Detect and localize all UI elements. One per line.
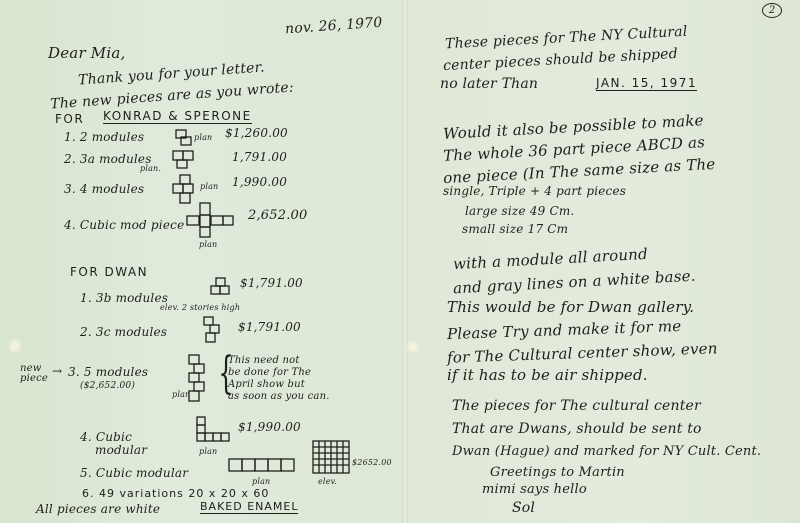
list-item: 4. Cubic mod piece xyxy=(64,218,184,232)
price: 2,652.00 xyxy=(248,208,308,223)
price: $1,791.00 xyxy=(238,320,301,334)
section-heading-dwan: FOR DWAN xyxy=(70,265,148,279)
final-line: The pieces for The cultural center xyxy=(452,398,701,414)
list-item: modular xyxy=(95,443,147,457)
price: 1,791.00 xyxy=(232,150,287,164)
page-fold xyxy=(402,0,408,523)
list-item: 6. 49 variations 20 x 20 x 60 xyxy=(82,487,269,500)
final-line: That are Dwans, should be sent to xyxy=(452,421,702,437)
size-line: large size 49 Cm. xyxy=(465,204,574,218)
sketch-note: plan xyxy=(199,447,217,456)
final-line: Dwan (Hague) and marked for NY Cult. Cen… xyxy=(452,444,761,459)
sketch-3-modules xyxy=(172,150,196,170)
size-line: small size 17 Cm xyxy=(462,222,568,236)
sketch-cubic-modular-l xyxy=(196,416,232,446)
greeting-line: mimi says hello xyxy=(482,482,587,497)
comment-line: This need not xyxy=(228,355,300,366)
list-item: 1. 2 modules xyxy=(64,130,144,144)
section-heading-for: FOR xyxy=(55,112,84,126)
comment-line: as soon as you can. xyxy=(228,391,330,402)
salutation: Dear Mia, xyxy=(48,44,125,62)
price: $1,260.00 xyxy=(225,126,288,140)
list-item: 2. 3a modules xyxy=(64,152,152,166)
price: $1,990.00 xyxy=(238,420,301,434)
list-item: 3. 5 modules xyxy=(68,365,148,379)
sketch-cubic-modular-row xyxy=(228,456,298,476)
margin-note-new-piece: new piece xyxy=(20,364,50,384)
sketch-note: elev. xyxy=(318,477,337,486)
binder-hole-left xyxy=(9,339,21,353)
sketch-note: plan xyxy=(194,133,212,142)
comment-line: April show but xyxy=(228,379,305,390)
list-item: 1. 3b modules xyxy=(80,291,168,305)
detail-line: if it has to be air shipped. xyxy=(447,366,648,384)
closing-line: All pieces are white xyxy=(36,502,160,516)
greeting-line: Greetings to Martin xyxy=(490,465,625,480)
sketch-3-modules-stacked xyxy=(210,277,234,299)
sketch-note: plan xyxy=(199,240,217,249)
price: $1,791.00 xyxy=(240,276,303,290)
sketch-note: elev. 2 stories high xyxy=(160,303,240,312)
list-item: 3. 4 modules xyxy=(64,182,144,196)
binder-hole-right xyxy=(407,340,419,354)
detail-line: This would be for Dwan gallery. xyxy=(447,298,694,316)
list-item: 4. Cubic xyxy=(80,430,132,444)
price: $2652.00 xyxy=(352,458,392,467)
sketch-note: plan xyxy=(172,390,190,399)
sketch-note: plan. xyxy=(140,164,161,173)
closing-emphasis: BAKED ENAMEL xyxy=(200,500,298,514)
sketch-grid-elevation xyxy=(312,440,352,476)
shipping-date: JAN. 15, 1971 xyxy=(596,76,697,91)
sketch-3-modules-diagonal xyxy=(203,316,225,346)
list-item: 5. Cubic modular xyxy=(80,466,188,480)
sketch-note: plan xyxy=(200,182,218,191)
arrow-icon: → xyxy=(52,364,62,378)
request-line: single, Triple + 4 part pieces xyxy=(443,184,626,198)
comment-line: be done for The xyxy=(228,367,311,378)
signature: Sol xyxy=(512,500,535,516)
section-heading-konrad-sperone: KONRAD & SPERONE xyxy=(103,109,252,124)
page-number: 2 xyxy=(762,3,782,18)
sketch-note: plan xyxy=(252,477,270,486)
shipping-line: no later Than xyxy=(440,76,538,92)
sketch-5-modules xyxy=(186,354,212,408)
price: 1,990.00 xyxy=(232,175,287,189)
list-item-price: ($2,652.00) xyxy=(80,381,135,391)
list-item: 2. 3c modules xyxy=(80,325,167,339)
sketch-cubic-mod-piece xyxy=(186,202,236,242)
